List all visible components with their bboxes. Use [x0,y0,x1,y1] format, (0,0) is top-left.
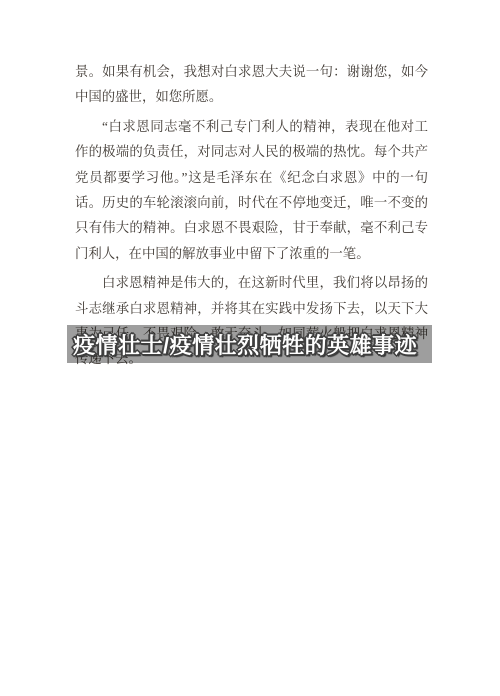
text-line: 话。历史的车轮滚滚向前，时代在不停地变迁，唯一不变的 [75,190,428,215]
text-line: 只有伟大的精神。白求恩不畏艰险，甘于奉献，毫不利己专 [75,215,428,240]
text-line: 斗志继承白求恩精神，并将其在实践中发扬下去，以天下大 [75,296,428,321]
text-line: 中国的盛世，如您所愿。 [75,84,428,109]
text-line: 党员都要学习他。”这是毛泽东在《纪念白求恩》中的一句 [75,165,428,190]
text-line: 作的极端的负责任，对同志对人民的极端的热忱。每个共产 [75,139,428,164]
text-line: 门利人，在中国的解放事业中留下了浓重的一笔。 [75,241,428,266]
banner-title: 疫情壮士/疫情壮烈牺牲的英雄事迹 [67,329,417,360]
text-line: 白求恩精神是伟大的，在这新时代里，我们将以昂扬的 [75,270,428,295]
document-page: 景。如果有机会，我想对白求恩大夫说一句：谢谢您，如今中国的盛世，如您所愿。“白求… [0,0,500,696]
text-line: “白求恩同志毫不利己专门利人的精神，表现在他对工 [75,114,428,139]
text-line: 景。如果有机会，我想对白求恩大夫说一句：谢谢您，如今 [75,59,428,84]
title-banner: 疫情壮士/疫情壮烈牺牲的英雄事迹 [67,325,432,363]
